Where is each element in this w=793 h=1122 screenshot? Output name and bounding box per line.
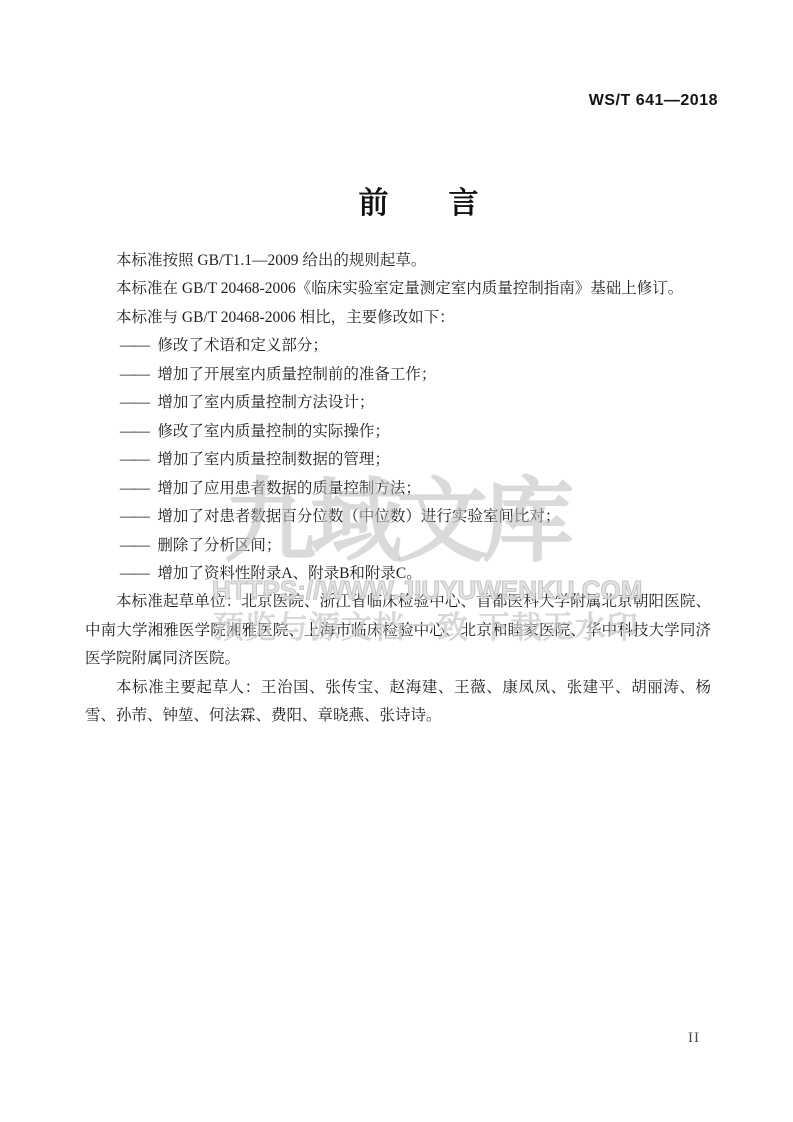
paragraph-revision-basis: 本标准在 GB/T 20468-2006《临床实验室定量测定室内质量控制指南》基… [85,275,711,303]
dash-marker: —— [120,565,149,582]
foreword-body: 本标准按照 GB/T1.1—2009 给出的规则起草。 本标准在 GB/T 20… [85,247,711,731]
change-item: ——增加了资料性附录A、附录B和附录C。 [85,560,711,588]
change-item: ——增加了对患者数据百分位数（中位数）进行实验室间比对； [85,503,711,531]
dash-marker: —— [120,537,149,554]
change-item-text: 增加了资料性附录A、附录B和附录C。 [157,565,421,582]
dash-marker: —— [120,508,149,525]
change-item-text: 修改了术语和定义部分； [157,337,328,354]
change-item: ——删除了分析区间； [85,532,711,560]
dash-marker: —— [120,480,149,497]
change-item-text: 增加了应用患者数据的质量控制方法； [157,480,421,497]
change-item: ——增加了室内质量控制方法设计； [85,389,711,417]
change-item-text: 增加了室内质量控制数据的管理； [157,451,390,468]
change-item-text: 增加了室内质量控制方法设计； [157,394,374,411]
dash-marker: —— [120,394,149,411]
paragraph-drafting-organizations: 本标准起草单位：北京医院、浙江省临床检验中心、首都医科大学附属北京朝阳医院、中南… [85,588,711,673]
page-number: II [688,1030,700,1047]
dash-marker: —— [120,451,149,468]
paragraph-drafting-rule: 本标准按照 GB/T1.1—2009 给出的规则起草。 [85,247,711,275]
dash-marker: —— [120,366,149,383]
change-item-text: 删除了分析区间； [157,537,281,554]
change-item: ——修改了术语和定义部分； [85,332,711,360]
dash-marker: —— [120,337,149,354]
change-item-text: 增加了开展室内质量控制前的准备工作； [157,366,436,383]
change-item: ——修改了室内质量控制的实际操作； [85,418,711,446]
dash-marker: —— [120,423,149,440]
standard-code-header: WS/T 641—2018 [589,92,718,110]
page-title: 前 言 [0,178,793,222]
change-item-text: 增加了对患者数据百分位数（中位数）进行实验室间比对； [157,508,560,525]
change-item-text: 修改了室内质量控制的实际操作； [157,423,390,440]
document-page: WS/T 641—2018 前 言 本标准按照 GB/T1.1—2009 给出的… [0,0,793,1122]
change-item: ——增加了应用患者数据的质量控制方法； [85,475,711,503]
change-item: ——增加了室内质量控制数据的管理； [85,446,711,474]
paragraph-drafters: 本标准主要起草人：王治国、张传宝、赵海建、王薇、康凤凤、张建平、胡丽涛、杨雪、孙… [85,674,711,731]
change-item: ——增加了开展室内质量控制前的准备工作； [85,361,711,389]
paragraph-changes-intro: 本标准与 GB/T 20468-2006 相比，主要修改如下： [85,304,711,332]
